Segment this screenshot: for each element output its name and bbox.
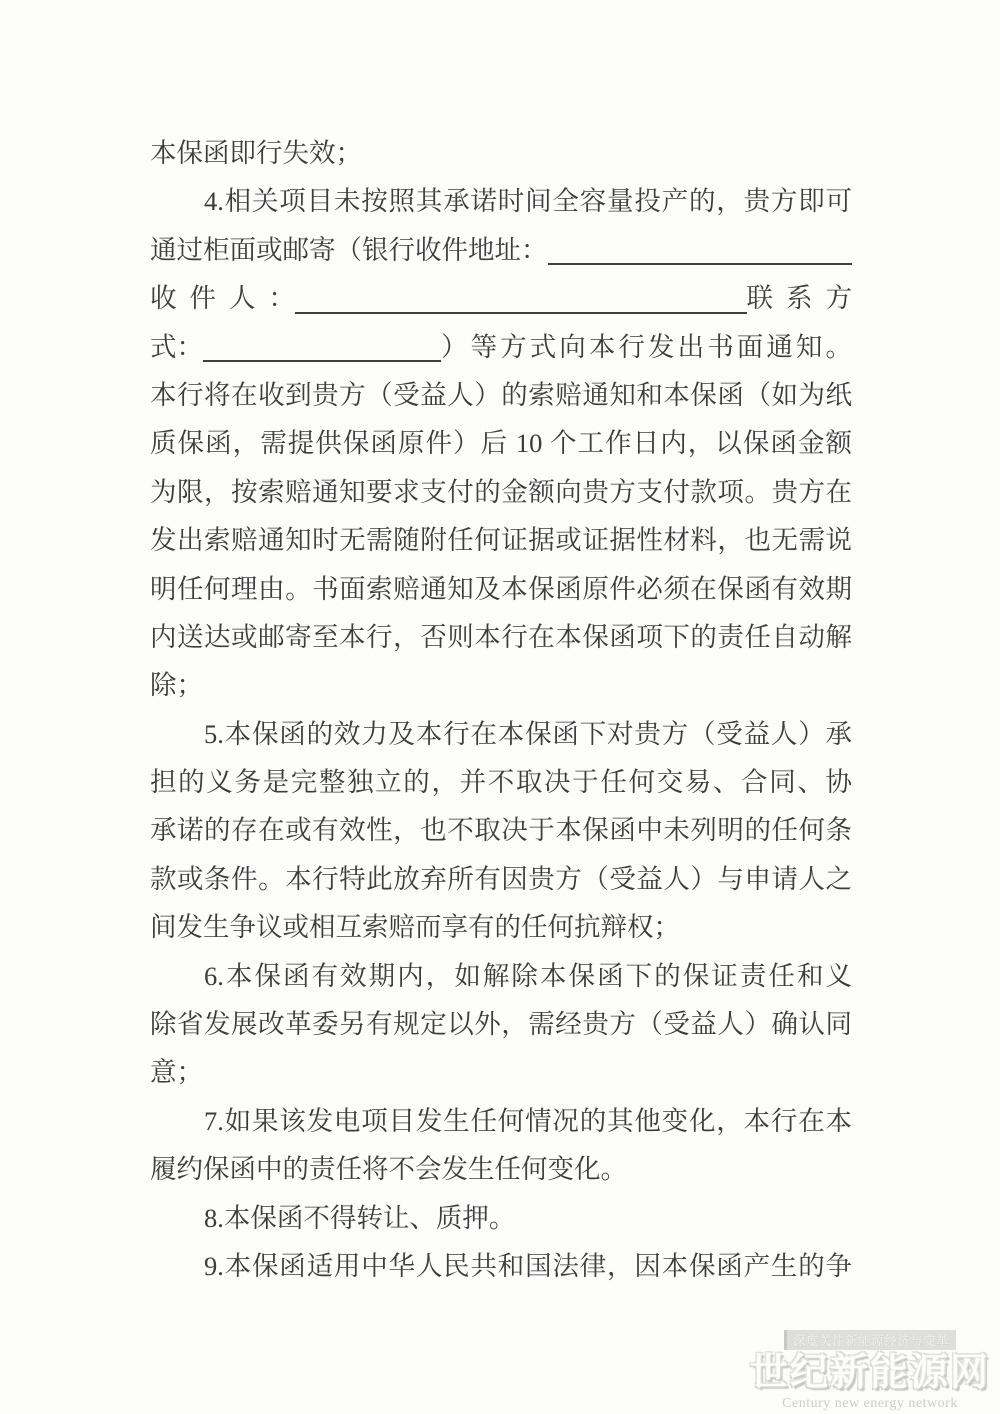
watermark-tagline: 深度关注新能源经济与变革 [784,1330,955,1350]
document-line: 内送达或邮寄至本行，否则本行在本保函项下的责任自动解 [150,613,852,661]
document-line: 6.本保函有效期内，如解除本保函下的保证责任和义务， [150,952,852,1000]
watermark-logo: 世纪新能源网 [748,1353,992,1395]
document-line: 间发生争议或相互索赔而享有的任何抗辩权； [150,903,852,951]
document-line: 履约保函中的责任将不会发生任何变化。 [150,1145,852,1193]
document-line: 质保函，需提供保函原件）后 10 个工作日内，以保函金额 [150,419,852,467]
document-line: 通过柜面或邮寄（银行收件地址： [150,226,852,274]
watermark-subtitle: Century new energy network [748,1396,992,1412]
document-line: 8.本保函不得转让、质押。 [150,1194,852,1242]
watermark: 深度关注新能源经济与变革 世纪新能源网 Century new energy n… [748,1330,992,1412]
document-line: 款或条件。本行特此放弃所有因贵方（受益人）与申请人之 [150,855,852,903]
document-line: 发出索赔通知时无需随附任何证据或证据性材料，也无需说 [150,516,852,564]
document-line: 除； [150,661,852,709]
document-line: 收件人：联系方 [150,274,852,322]
document-text: 通过柜面或邮寄（银行收件地址： [150,226,548,274]
document-line: 意； [150,1048,852,1096]
document-line: 式：）等方式向本行发出书面通知。 [150,323,852,371]
fill-in-blank-underline [203,360,441,362]
fill-in-blank-underline [548,263,853,265]
document-line: 明任何理由。书面索赔通知及本保函原件必须在保函有效期 [150,565,852,613]
document-line: 担的义务是完整独立的，并不取决于任何交易、合同、协议、 [150,758,852,806]
document-text: 式： [150,323,203,371]
document-line: 除省发展改革委另有规定以外，需经贵方（受益人）确认同 [150,1000,852,1048]
document-page: 本保函即行失效；4.相关项目未按照其承诺时间全容量投产的，贵方即可通过柜面或邮寄… [0,0,1000,1414]
document-body: 本保函即行失效；4.相关项目未按照其承诺时间全容量投产的，贵方即可通过柜面或邮寄… [150,129,852,1290]
document-line: 5.本保函的效力及本行在本保函下对贵方（受益人）承 [150,710,852,758]
document-line: 承诺的存在或有效性，也不取决于本保函中未列明的任何条 [150,806,852,854]
document-text: ）等方式向本行发出书面通知。 [441,323,852,371]
document-line: 本行将在收到贵方（受益人）的索赔通知和本保函（如为纸 [150,371,852,419]
document-line: 4.相关项目未按照其承诺时间全容量投产的，贵方即可 [150,177,852,225]
fill-in-blank-underline [295,312,747,314]
document-line: 7.如果该发电项目发生任何情况的其他变化，本行在本 [150,1097,852,1145]
document-line: 本保函即行失效； [150,129,852,177]
document-text: 联系方 [747,274,853,322]
document-line: 9.本保函适用中华人民共和国法律，因本保函产生的争 [150,1242,852,1290]
document-text: 收件人： [150,274,308,322]
document-line: 为限，按索赔通知要求支付的金额向贵方支付款项。贵方在 [150,468,852,516]
